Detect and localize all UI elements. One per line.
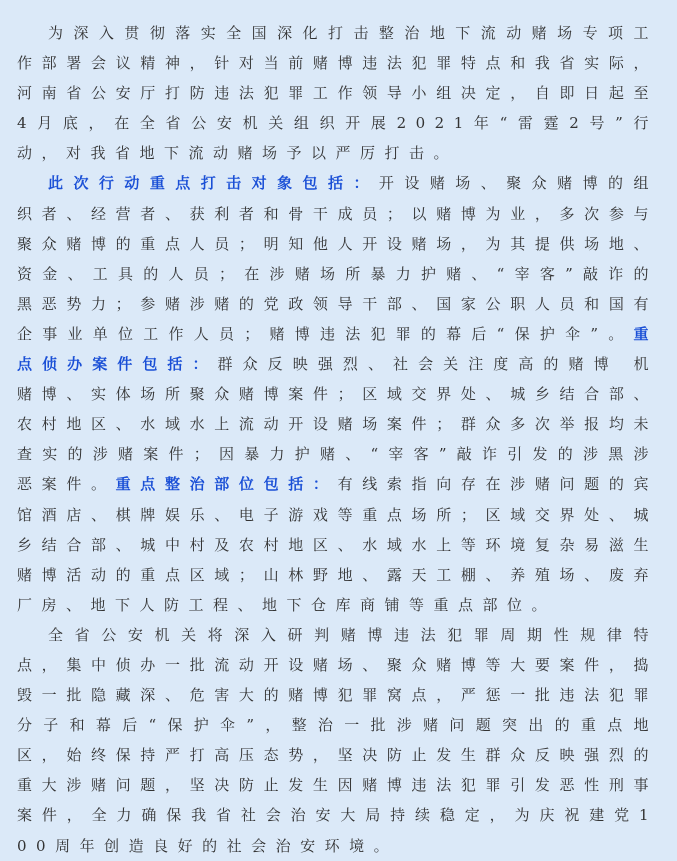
article-body: 为深入贯彻落实全国深化打击整治地下流动赌场专项工作部署会议精神，针对当前赌博违法… (17, 18, 658, 707)
paragraph-text: 开设赌场、聚众赌博的组织者、经营者、获利者和骨干成员；以赌博为业，多次参与聚众赌… (17, 174, 658, 342)
highlight-heading-targets: 此次行动重点打击对象包括： (48, 174, 379, 192)
highlight-heading-locations: 重点整治部位包括： (116, 475, 338, 493)
paragraph-text: 有线索指向存在涉赌问题的宾馆酒店、棋牌娱乐、电子游戏等重点场所；区域交界处、城乡… (17, 475, 658, 613)
paragraph-conclusion: 全省公安机关将深入研判赌博违法犯罪周期性规律特点，集中侦办一批流动开设赌场、聚众… (17, 620, 658, 707)
paragraph-text: 全省公安机关将深入研判赌博违法犯罪周期性规律特点，集中侦办一批流动开设赌场、聚众… (17, 626, 658, 707)
paragraph-text: 为深入贯彻落实全国深化打击整治地下流动赌场专项工作部署会议精神，针对当前赌博违法… (17, 24, 658, 162)
paragraph-targets: 此次行动重点打击对象包括：开设赌场、聚众赌博的组织者、经营者、获利者和骨干成员；… (17, 168, 658, 619)
paragraph-text: 群众反映强烈、社会关注度高的赌博 机赌博、实体场所聚众赌博案件；区域交界处、城乡… (17, 355, 658, 493)
paragraph-intro: 为深入贯彻落实全国深化打击整治地下流动赌场专项工作部署会议精神，针对当前赌博违法… (17, 18, 658, 168)
